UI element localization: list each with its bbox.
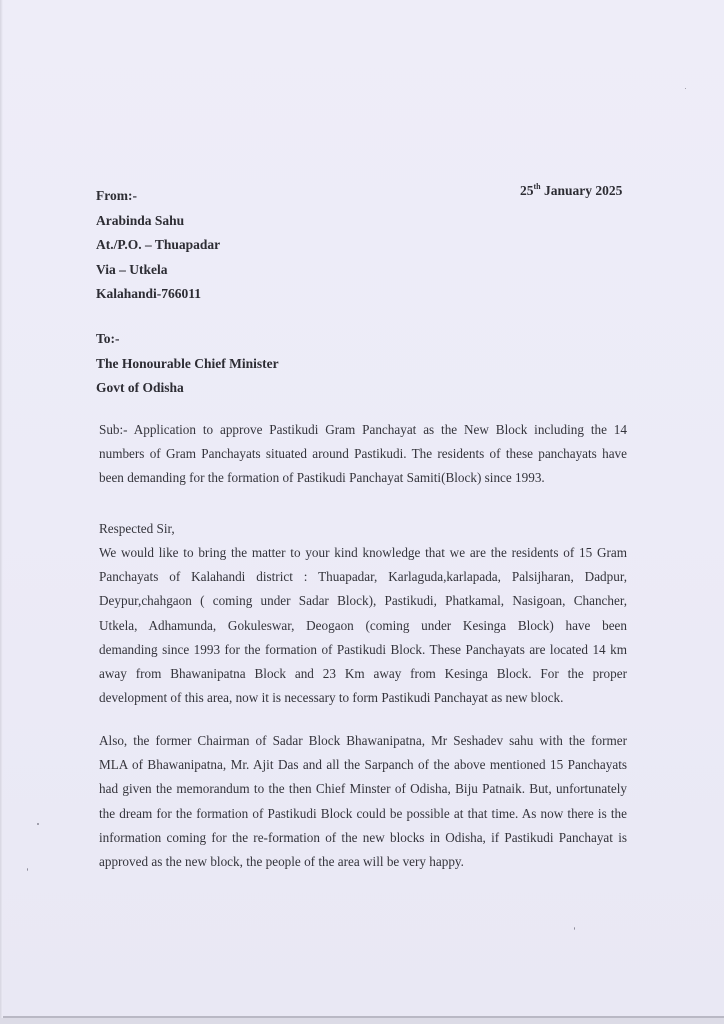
letter-date: 25th January 2025 xyxy=(520,182,622,199)
to-label: To:- xyxy=(96,327,279,352)
subject-line: Sub:- Application to approve Pastikudi G… xyxy=(99,418,627,442)
sender-address: From:- Arabinda Sahu At./P.O. – Thuapada… xyxy=(96,184,220,307)
scan-speck xyxy=(27,868,28,871)
salutation: Respected Sir, xyxy=(99,517,627,541)
date-day: 25 xyxy=(520,183,534,198)
body-line: MLA of Bhawanipatna, Mr. Ajit Das and al… xyxy=(99,753,627,777)
sender-via: Via – Utkela xyxy=(96,258,220,283)
date-month-year: January 2025 xyxy=(544,183,622,198)
sender-post-office: At./P.O. – Thuapadar xyxy=(96,233,220,258)
body-paragraph-2: Also, the former Chairman of Sadar Block… xyxy=(99,729,627,874)
body-line: demanding since 1993 for the formation o… xyxy=(99,638,627,662)
recipient-government: Govt of Odisha xyxy=(96,376,279,401)
body-line: We would like to bring the matter to you… xyxy=(99,541,627,565)
subject-line: been demanding for the formation of Past… xyxy=(99,466,627,490)
sender-district-pin: Kalahandi-766011 xyxy=(96,282,220,307)
body-line: information coming for the re-formation … xyxy=(99,826,627,850)
body-line: away from Bhawanipatna Block and 23 Km a… xyxy=(99,662,627,686)
body-paragraph-1: We would like to bring the matter to you… xyxy=(99,541,627,710)
body-line: Panchayats of Kalahandi district : Thuap… xyxy=(99,565,627,589)
sender-name: Arabinda Sahu xyxy=(96,209,220,234)
body-line: Also, the former Chairman of Sadar Block… xyxy=(99,729,627,753)
body-line: Deypur,chahgaon ( coming under Sadar Blo… xyxy=(99,589,627,613)
subject-paragraph: Sub:- Application to approve Pastikudi G… xyxy=(99,418,627,491)
body-line: Utkela, Adhamunda, Gokuleswar, Deogaon (… xyxy=(99,614,627,638)
from-label: From:- xyxy=(96,184,220,209)
scan-speck xyxy=(574,927,575,930)
body-line: the dream for the formation of Pastikudi… xyxy=(99,802,627,826)
page-edge-shadow xyxy=(0,0,3,1018)
letter-page: 25th January 2025 From:- Arabinda Sahu A… xyxy=(0,0,724,1018)
subject-line: numbers of Gram Panchayats situated arou… xyxy=(99,442,627,466)
scan-speck xyxy=(37,823,39,825)
body-line: development of this area, now it is nece… xyxy=(99,686,627,710)
date-suffix: th xyxy=(534,182,541,191)
body-line: had given the memorandum to the then Chi… xyxy=(99,777,627,801)
salutation-text: Respected Sir, xyxy=(99,517,627,541)
recipient-title: The Honourable Chief Minister xyxy=(96,352,279,377)
recipient-address: To:- The Honourable Chief Minister Govt … xyxy=(96,327,279,401)
scan-speck xyxy=(685,88,686,89)
body-line: approved as the new block, the people of… xyxy=(99,850,627,874)
